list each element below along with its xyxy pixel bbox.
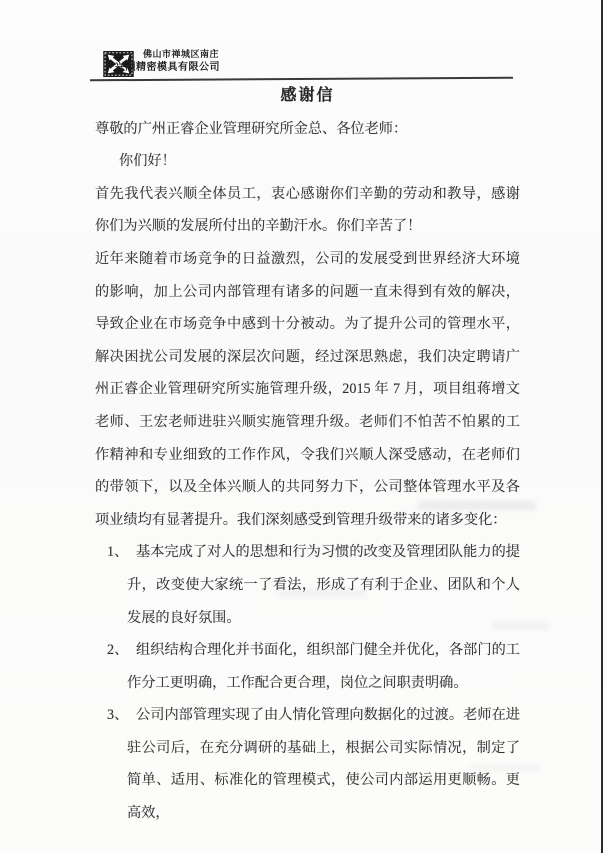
scan-artifact <box>470 764 540 771</box>
scan-page-edge-line <box>601 0 603 853</box>
changes-list: 1、 基本完成了对人的思想和行为习惯的改变及管理团队能力的提升，改变使大家统一了… <box>95 536 520 829</box>
scanned-letter-page: 佛山市禅城区南庄 兴顺精密模具有限公司 感谢信 尊敬的广州正睿企业管理研究所金总… <box>0 0 606 853</box>
letter-body: 感谢信 尊敬的广州正睿企业管理研究所金总、各位老师： 你们好！ 首先我代表兴顺全… <box>95 80 520 830</box>
list-text: 公司内部管理实现了由人情化管理向数据化的过渡。老师在进驻公司后，在充分调研的基础… <box>127 707 520 821</box>
list-marker: 1、 <box>107 536 128 569</box>
letter-title: 感谢信 <box>95 80 520 113</box>
scan-artifact <box>278 589 366 597</box>
scan-artifact <box>492 622 550 630</box>
list-item: 1、 基本完成了对人的思想和行为习惯的改变及管理团队能力的提升，改变使大家统一了… <box>95 536 520 634</box>
list-text: 基本完成了对人的思想和行为习惯的改变及管理团队能力的提升，改变使大家统一了看法，… <box>127 544 520 625</box>
list-item: 2、 组织结构合理化并书面化，组织部门健全并优化，各部门的工作分工更明确，工作配… <box>95 634 520 699</box>
paragraph-background: 近年来随着市场竞争的日益激烈，公司的发展受到世界经济大环境的影响，加上公司内部管… <box>95 243 520 536</box>
list-marker: 3、 <box>107 699 128 732</box>
company-name-line1: 佛山市禅城区南庄 <box>143 48 219 60</box>
paragraph-thanks: 首先我代表兴顺全体员工，衷心感谢你们辛勤的劳动和教导，感谢你们为兴顺的发展所付出… <box>95 178 520 243</box>
list-item: 3、 公司内部管理实现了由人情化管理向数据化的过渡。老师在进驻公司后，在充分调研… <box>95 699 520 829</box>
greeting: 你们好！ <box>95 145 520 178</box>
company-name-line2: 兴顺精密模具有限公司 <box>115 61 220 74</box>
scan-artifact <box>418 501 536 510</box>
list-text: 组织结构合理化并书面化，组织部门健全并优化，各部门的工作分工更明确，工作配合更合… <box>127 642 520 691</box>
salutation: 尊敬的广州正睿企业管理研究所金总、各位老师： <box>95 113 520 146</box>
list-marker: 2、 <box>107 634 128 667</box>
